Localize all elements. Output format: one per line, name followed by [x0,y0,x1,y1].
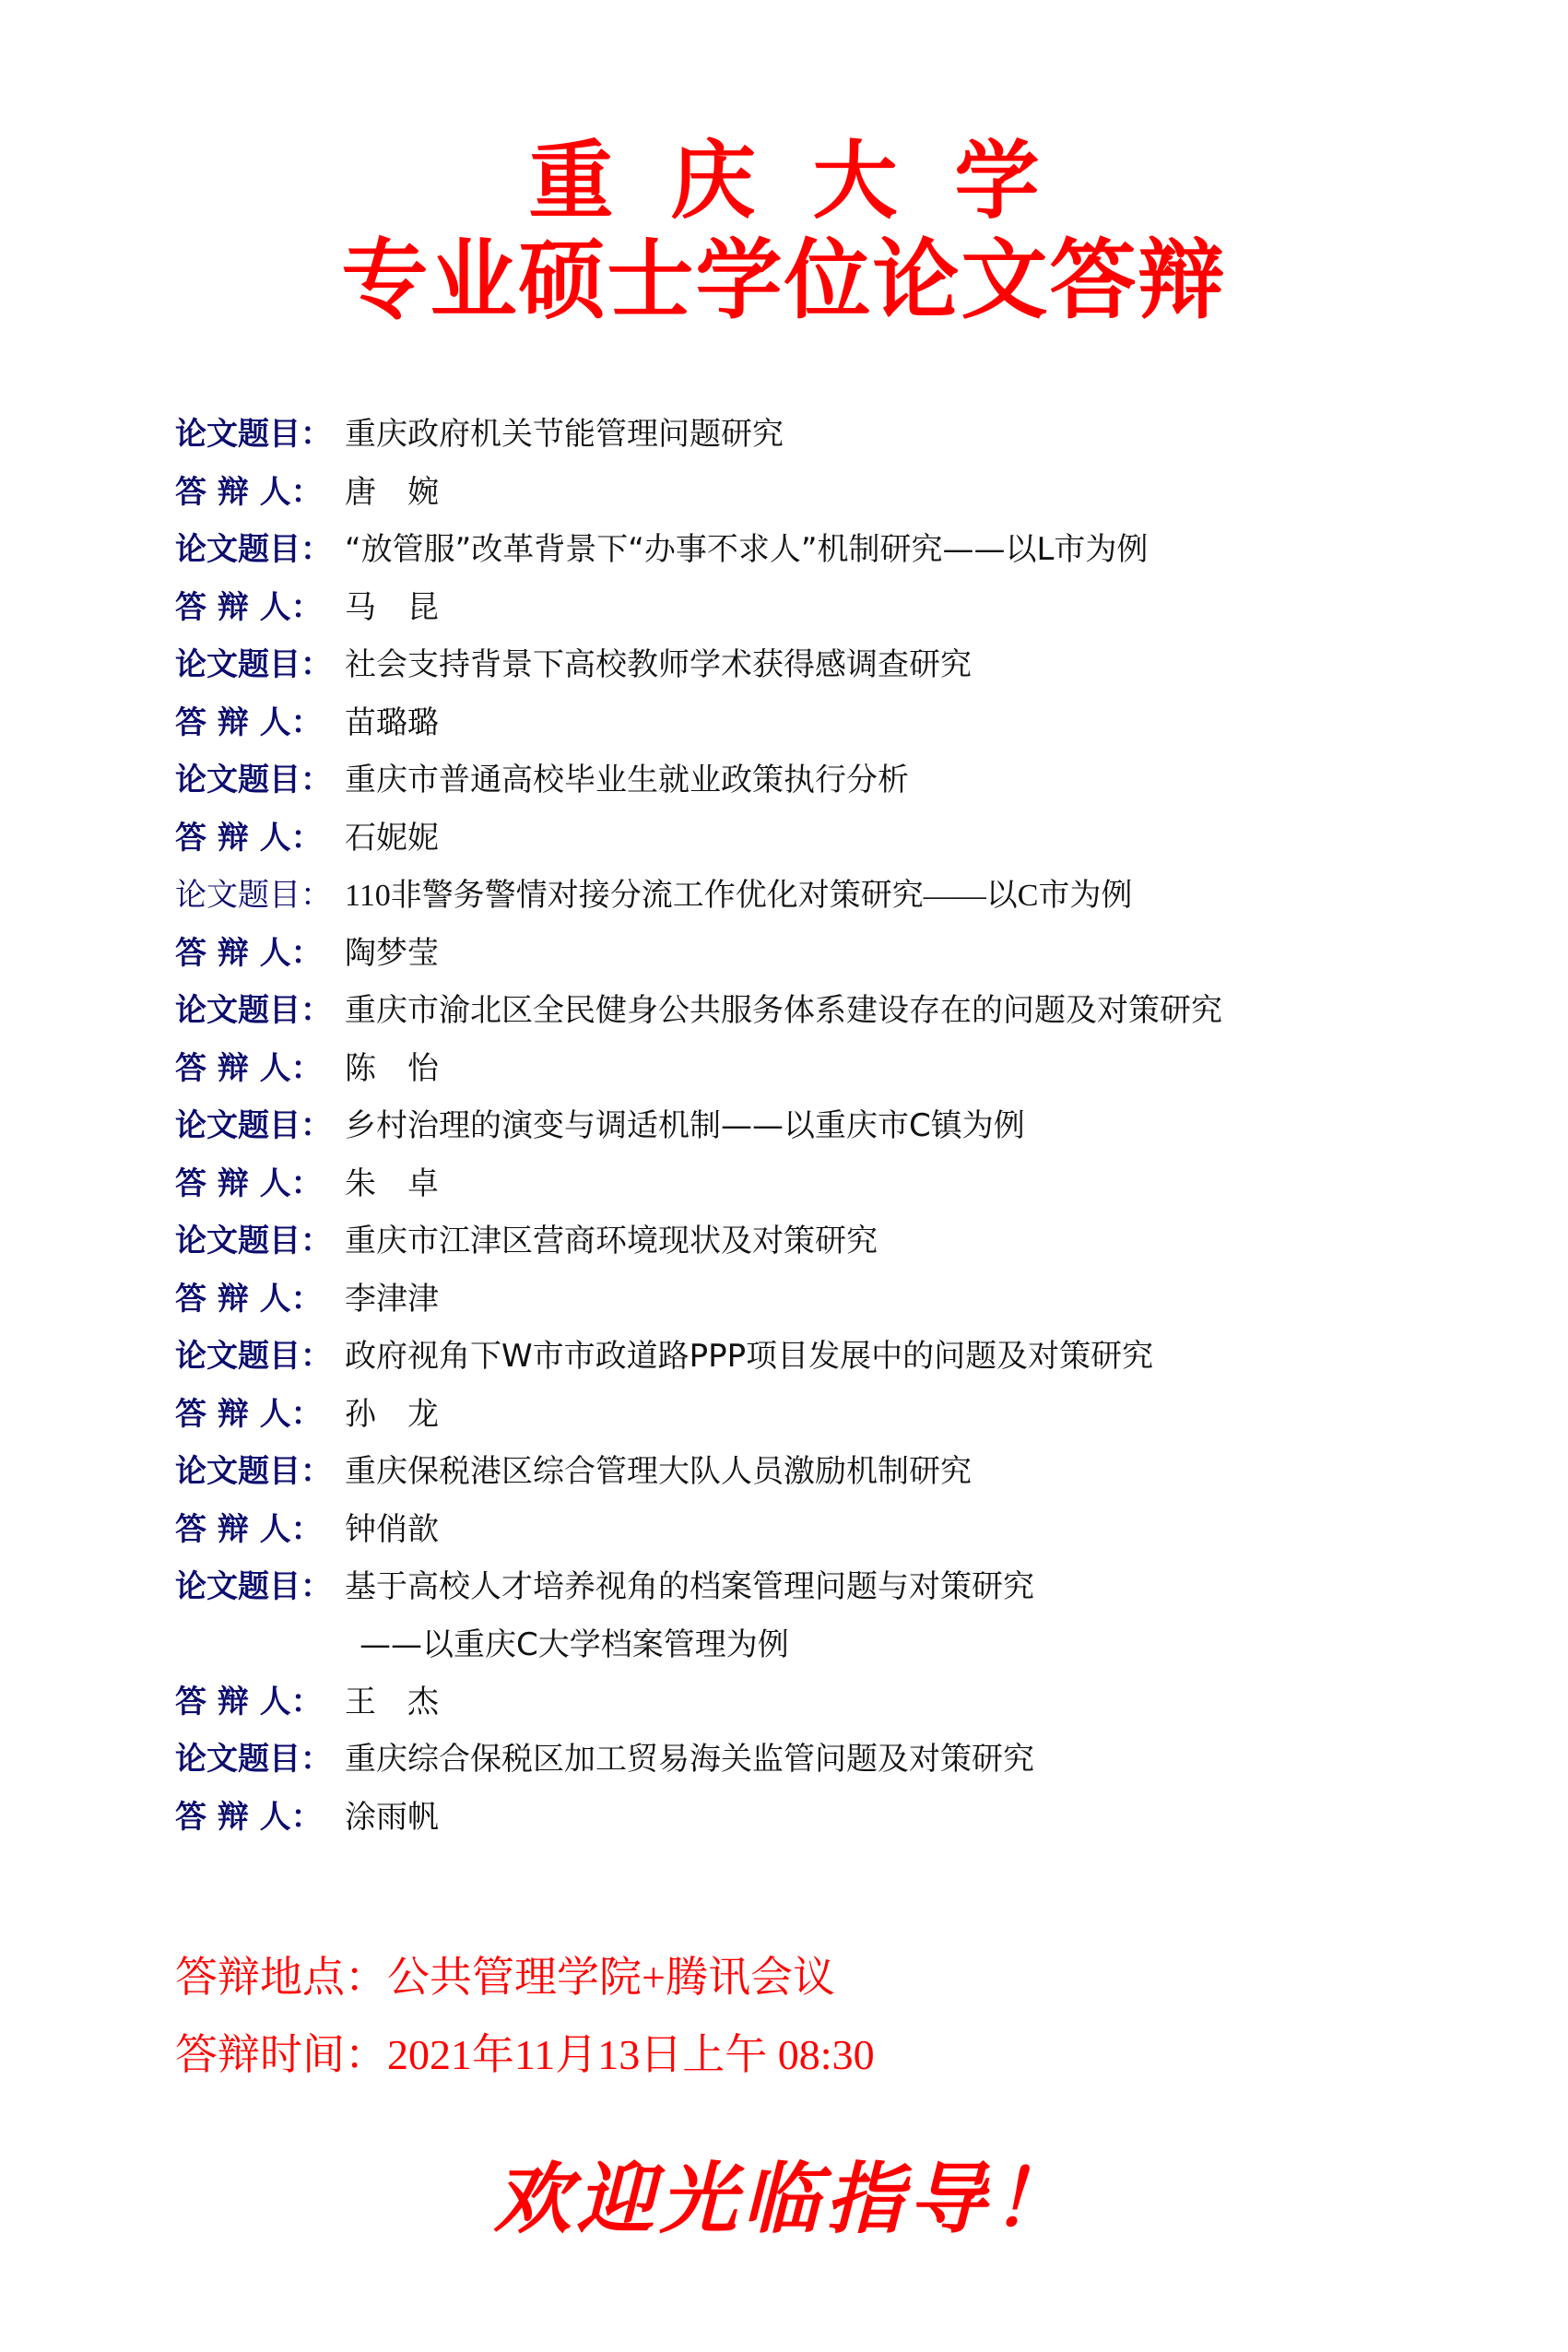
thesis-title: 重庆政府机关节能管理问题研究 [345,406,784,463]
thesis-entry: 论文题目： 基于高校人才培养视角的档案管理问题与对策研究 ——以重庆C大学档案管… [175,1558,1466,1731]
defender-label: 答 辩 人： [175,1386,345,1443]
defender-name: 王 杰 [345,1673,439,1731]
thesis-title-label: 论文题目： [175,1212,345,1270]
defender-name: 陈 怡 [345,1040,439,1097]
thesis-title-label: 论文题目： [175,1097,345,1154]
defender-label: 答 辩 人： [175,925,345,982]
thesis-title: 政府视角下W市市政道路PPP项目发展中的问题及对策研究 [345,1328,1153,1385]
defender-name: 苗璐璐 [345,694,439,751]
defender-name: 马 昆 [345,579,439,636]
thesis-entry: 论文题目： 社会支持背景下高校教师学术获得感调查研究 答 辩 人： 苗璐璐 [175,636,1466,751]
defender-name: 朱 卓 [345,1155,439,1212]
defender-name: 唐 婉 [345,464,439,521]
thesis-title-label: 论文题目： [175,1558,345,1615]
defender-label: 答 辩 人： [175,1040,345,1097]
thesis-title-label: 论文题目： [175,1731,345,1788]
thesis-title-label: 论文题目： [175,982,345,1039]
thesis-title: 重庆保税港区综合管理大队人员激励机制研究 [345,1443,972,1500]
thesis-title: 重庆市渝北区全民健身公共服务体系建设存在的问题及对策研究 [345,982,1222,1039]
thesis-title-label: 论文题目： [175,636,345,693]
thesis-title: “放管服”改革背景下“办事不求人”机制研究——以L市为例 [345,521,1148,578]
defender-label: 答 辩 人： [175,579,345,636]
defender-name: 陶梦莹 [345,925,439,982]
thesis-title-label: 论文题目： [175,751,345,809]
defender-label: 答 辩 人： [175,1155,345,1212]
thesis-title-label: 论文题目： [175,1443,345,1500]
thesis-title: 重庆综合保税区加工贸易海关监管问题及对策研究 [345,1731,1034,1788]
thesis-title: 重庆市普通高校毕业生就业政策执行分析 [345,751,909,809]
defense-location: 答辩地点：公共管理学院+腾讯会议 [175,1944,835,2004]
thesis-entry: 论文题目： 乡村治理的演变与调适机制——以重庆市C镇为例 答 辩 人： 朱 卓 [175,1097,1466,1212]
welcome-message: 欢迎光临指导！ [0,2137,1568,2249]
defense-time: 答辩时间：2021年11月13日上午 08:30 [175,2021,875,2082]
defender-label: 答 辩 人： [175,1271,345,1328]
defender-label: 答 辩 人： [175,1501,345,1558]
thesis-title: 110非警务警情对接分流工作优化对策研究——以C市为例 [345,868,1132,925]
thesis-entry: 论文题目： “放管服”改革背景下“办事不求人”机制研究——以L市为例 答 辩 人… [175,521,1466,636]
defender-label: 答 辩 人： [175,464,345,521]
thesis-entry: 论文题目： 政府视角下W市市政道路PPP项目发展中的问题及对策研究 答 辩 人：… [175,1328,1466,1443]
defender-label: 答 辩 人： [175,694,345,751]
thesis-title: 社会支持背景下高校教师学术获得感调查研究 [345,636,972,693]
defender-label: 答 辩 人： [175,810,345,867]
thesis-entry: 论文题目： 重庆市江津区营商环境现状及对策研究 答 辩 人： 李津津 [175,1212,1466,1328]
event-title: 专业硕士学位论文答辩 [0,230,1568,332]
thesis-title: 乡村治理的演变与调适机制——以重庆市C镇为例 [345,1097,1025,1154]
thesis-entry: 论文题目： 110非警务警情对接分流工作优化对策研究——以C市为例 答 辩 人：… [175,867,1466,982]
university-name: 重庆大学 [0,131,1568,232]
defender-name: 涂雨帆 [345,1789,439,1846]
thesis-list: 论文题目： 重庆政府机关节能管理问题研究 答 辩 人： 唐 婉 论文题目： “放… [175,406,1466,1846]
defender-label: 答 辩 人： [175,1789,345,1846]
defender-name: 李津津 [345,1271,439,1328]
thesis-title: 重庆市江津区营商环境现状及对策研究 [345,1212,878,1270]
thesis-entry: 论文题目： 重庆保税港区综合管理大队人员激励机制研究 答 辩 人： 钟俏歆 [175,1443,1466,1558]
defender-name: 钟俏歆 [345,1501,439,1558]
thesis-entry: 论文题目： 重庆政府机关节能管理问题研究 答 辩 人： 唐 婉 [175,406,1466,521]
thesis-entry: 论文题目： 重庆市普通高校毕业生就业政策执行分析 答 辩 人： 石妮妮 [175,751,1466,867]
thesis-title: 基于高校人才培养视角的档案管理问题与对策研究 [345,1558,1034,1615]
defender-name: 孙 龙 [345,1386,439,1443]
thesis-title-label: 论文题目： [175,521,345,578]
defender-label: 答 辩 人： [175,1673,345,1731]
thesis-title-label: 论文题目： [175,406,345,463]
thesis-title-label: 论文题目： [175,867,345,924]
thesis-title-continued: ——以重庆C大学档案管理为例 [360,1616,789,1673]
thesis-entry: 论文题目： 重庆市渝北区全民健身公共服务体系建设存在的问题及对策研究 答 辩 人… [175,982,1466,1097]
thesis-entry: 论文题目： 重庆综合保税区加工贸易海关监管问题及对策研究 答 辩 人： 涂雨帆 [175,1731,1466,1846]
defender-name: 石妮妮 [345,810,439,867]
thesis-title-label: 论文题目： [175,1328,345,1385]
